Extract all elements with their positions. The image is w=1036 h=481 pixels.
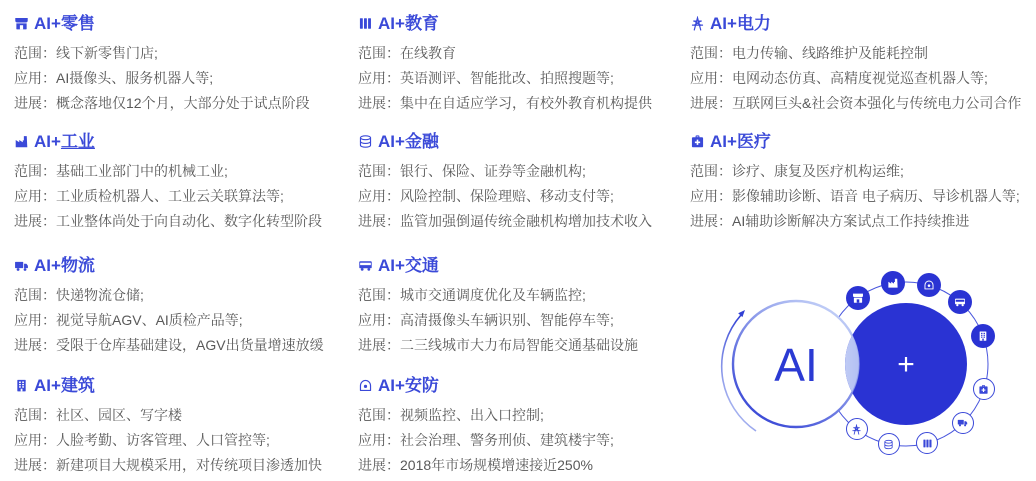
application-line: 应用：英语测评、智能批改、拍照搜题等; (358, 66, 672, 91)
progress-label: 进展： (14, 457, 56, 473)
scope-line: 范围：社区、园区、写字楼 (14, 403, 340, 428)
application-label: 应用： (358, 432, 400, 448)
application-value: 影像辅助诊断、语音 电子病历、导诊机器人等; (732, 188, 1020, 204)
scope-line: 范围：在线教育 (358, 41, 672, 66)
power-section: AI+电力 范围：电力传输、线路维护及能耗控制 应用：电网动态仿真、高精度视觉巡… (676, 0, 1036, 118)
application-line: 应用：人脸考勤、访客管理、人口管控等; (14, 428, 340, 453)
scope-label: 范围： (358, 45, 400, 61)
title-prefix: AI+ (378, 131, 405, 152)
section-title: AI+零售 (14, 13, 340, 34)
ai-industries-infographic: AI+零售 范围：线下新零售门店; 应用：AI摄像头、服务机器人等; 进展：概念… (0, 0, 1036, 481)
factory-icon (14, 134, 29, 149)
section-title: AI+物流 (14, 255, 340, 276)
application-line: 应用：视觉导航AGV、AI质检产品等; (14, 308, 340, 333)
progress-label: 进展： (358, 337, 400, 353)
progress-line: 进展：工业整体尚处于向自动化、数字化转型阶段 (14, 209, 340, 234)
title-prefix: AI+ (378, 13, 405, 34)
progress-label: 进展： (358, 457, 400, 473)
truck-badge (952, 412, 974, 434)
scope-line: 范围：基础工业部门中的机械工业; (14, 159, 340, 184)
progress-value: 二三线城市大力布局智能交通基础设施 (400, 337, 638, 353)
application-label: 应用： (690, 188, 732, 204)
title-name: 安防 (405, 375, 439, 396)
scope-value: 视频监控、出入口控制; (400, 407, 544, 423)
application-label: 应用： (14, 70, 56, 86)
scope-value: 电力传输、线路维护及能耗控制 (732, 45, 928, 61)
transmission-tower-badge (846, 418, 868, 440)
scope-label: 范围： (14, 45, 56, 61)
progress-value: 概念落地仅12个月，大部分处于试点阶段 (56, 95, 310, 111)
title-prefix: AI+ (34, 375, 61, 396)
application-value: 人脸考勤、访客管理、人口管控等; (56, 432, 270, 448)
scope-label: 范围： (690, 45, 732, 61)
scope-line: 范围：线下新零售门店; (14, 41, 340, 66)
logistics-section: AI+物流 范围：快递物流仓储; 应用：视觉导航AGV、AI质检产品等; 进展：… (0, 242, 344, 362)
title-prefix: AI+ (710, 13, 737, 34)
title-name: 电力 (737, 13, 771, 34)
title-name: 建筑 (61, 375, 95, 396)
dome-camera-badge (917, 273, 941, 297)
medical-kit-icon (690, 134, 705, 149)
application-label: 应用： (358, 188, 400, 204)
bus-badge (948, 290, 972, 314)
truck-icon (14, 258, 29, 273)
progress-value: 监管加强倒逼传统金融机构增加技术收入 (400, 213, 652, 229)
scope-value: 基础工业部门中的机械工业; (56, 163, 228, 179)
section-title: AI+金融 (358, 131, 672, 152)
ai-circle-label: AI (774, 339, 817, 391)
application-value: 高清摄像头车辆识别、智能停车等; (400, 312, 614, 328)
title-prefix: AI+ (710, 131, 737, 152)
scope-line: 范围：诊疗、康复及医疗机构运维; (690, 159, 1032, 184)
title-name[interactable]: 工业 (61, 131, 95, 152)
application-label: 应用： (14, 432, 56, 448)
application-line: 应用：高清摄像头车辆识别、智能停车等; (358, 308, 672, 333)
title-prefix: AI+ (34, 131, 61, 152)
scope-value: 快递物流仓储; (56, 287, 144, 303)
venn-scene: AI + (700, 240, 1036, 481)
progress-label: 进展： (358, 213, 400, 229)
scope-value: 诊疗、康复及医疗机构运维; (732, 163, 904, 179)
progress-line: 进展：受限于仓库基础建设，AGV出货量增速放缓 (14, 333, 340, 358)
scope-label: 范围： (358, 407, 400, 423)
progress-value: 新建项目大规模采用，对传统项目渗透加快 (56, 457, 322, 473)
retail-section: AI+零售 范围：线下新零售门店; 应用：AI摄像头、服务机器人等; 进展：概念… (0, 0, 344, 118)
application-line: 应用：AI摄像头、服务机器人等; (14, 66, 340, 91)
title-prefix: AI+ (378, 255, 405, 276)
coins-icon (358, 134, 373, 149)
medical-section: AI+医疗 范围：诊疗、康复及医疗机构运维; 应用：影像辅助诊断、语音 电子病历… (676, 118, 1036, 242)
section-title: AI+建筑 (14, 375, 340, 396)
title-name: 教育 (405, 13, 439, 34)
section-title: AI+安防 (358, 375, 672, 396)
storefront-badge (846, 286, 870, 310)
education-section: AI+教育 范围：在线教育 应用：英语测评、智能批改、拍照搜题等; 进展：集中在… (344, 0, 676, 118)
application-value: 社会治理、警务刑侦、建筑楼宇等; (400, 432, 614, 448)
scope-label: 范围： (14, 287, 56, 303)
construction-section: AI+建筑 范围：社区、园区、写字楼 应用：人脸考勤、访客管理、人口管控等; 进… (0, 362, 344, 481)
scope-label: 范围： (358, 287, 400, 303)
scope-line: 范围：视频监控、出入口控制; (358, 403, 672, 428)
books-icon (358, 16, 373, 31)
scope-value: 在线教育 (400, 45, 456, 61)
scope-value: 线下新零售门店; (56, 45, 158, 61)
progress-label: 进展： (358, 95, 400, 111)
application-label: 应用： (358, 70, 400, 86)
progress-value: 工业整体尚处于向自动化、数字化转型阶段 (56, 213, 322, 229)
title-name: 金融 (405, 131, 439, 152)
section-title: AI+医疗 (690, 131, 1032, 152)
building-icon (14, 378, 29, 393)
title-prefix: AI+ (34, 13, 61, 34)
security-section: AI+安防 范围：视频监控、出入口控制; 应用：社会治理、警务刑侦、建筑楼宇等;… (344, 362, 676, 481)
progress-value: 集中在自适应学习，有校外教育机构提供 (400, 95, 652, 111)
application-label: 应用： (14, 312, 56, 328)
coins-badge (878, 433, 900, 455)
progress-label: 进展： (14, 337, 56, 353)
title-name: 零售 (61, 13, 95, 34)
progress-line: 进展：二三线城市大力布局智能交通基础设施 (358, 333, 672, 358)
progress-value: AI辅助诊断解决方案试点工作持续推进 (732, 213, 969, 229)
progress-line: 进展：新建项目大规模采用，对传统项目渗透加快 (14, 453, 340, 478)
progress-value: 2018年市场规模增速接近250% (400, 457, 593, 473)
scope-label: 范围： (14, 163, 56, 179)
title-prefix: AI+ (34, 255, 61, 276)
bus-icon (358, 258, 373, 273)
application-value: AI摄像头、服务机器人等; (56, 70, 213, 86)
title-name: 交通 (405, 255, 439, 276)
progress-value: 受限于仓库基础建设，AGV出货量增速放缓 (56, 337, 324, 353)
ai-plus-venn-diagram: AI + (700, 240, 1036, 481)
scope-value: 银行、保险、证券等金融机构; (400, 163, 586, 179)
application-value: 电网动态仿真、高精度视觉巡查机器人等; (732, 70, 988, 86)
application-line: 应用：社会治理、警务刑侦、建筑楼宇等; (358, 428, 672, 453)
title-name: 物流 (61, 255, 95, 276)
progress-value: 互联网巨头&社会资本强化与传统电力公司合作 (732, 95, 1021, 111)
progress-label: 进展： (690, 95, 732, 111)
application-value: 视觉导航AGV、AI质检产品等; (56, 312, 243, 328)
application-line: 应用：影像辅助诊断、语音 电子病历、导诊机器人等; (690, 184, 1032, 209)
scope-label: 范围： (690, 163, 732, 179)
storefront-icon (14, 16, 29, 31)
transport-section: AI+交通 范围：城市交通调度优化及车辆监控; 应用：高清摄像头车辆识别、智能停… (344, 242, 676, 362)
application-label: 应用： (14, 188, 56, 204)
application-value: 英语测评、智能批改、拍照搜题等; (400, 70, 614, 86)
progress-line: 进展：互联网巨头&社会资本强化与传统电力公司合作 (690, 91, 1032, 116)
scope-line: 范围：快递物流仓储; (14, 283, 340, 308)
plus-circle-label: + (897, 348, 915, 381)
application-label: 应用： (690, 70, 732, 86)
progress-line: 进展：概念落地仅12个月，大部分处于试点阶段 (14, 91, 340, 116)
scope-line: 范围：银行、保险、证券等金融机构; (358, 159, 672, 184)
section-title: AI+工业 (14, 131, 340, 152)
progress-line: 进展：监管加强倒逼传统金融机构增加技术收入 (358, 209, 672, 234)
application-value: 工业质检机器人、工业云关联算法等; (56, 188, 284, 204)
progress-label: 进展： (14, 95, 56, 111)
application-line: 应用：工业质检机器人、工业云关联算法等; (14, 184, 340, 209)
scope-label: 范围： (14, 407, 56, 423)
industry-section: AI+工业 范围：基础工业部门中的机械工业; 应用：工业质检机器人、工业云关联算… (0, 118, 344, 242)
building-badge (971, 324, 995, 348)
application-line: 应用：电网动态仿真、高精度视觉巡查机器人等; (690, 66, 1032, 91)
scope-label: 范围： (358, 163, 400, 179)
scope-line: 范围：城市交通调度优化及车辆监控; (358, 283, 672, 308)
progress-label: 进展： (690, 213, 732, 229)
dome-camera-icon (358, 378, 373, 393)
scope-value: 城市交通调度优化及车辆监控; (400, 287, 586, 303)
progress-line: 进展：2018年市场规模增速接近250% (358, 453, 672, 478)
title-name: 医疗 (737, 131, 771, 152)
scope-value: 社区、园区、写字楼 (56, 407, 182, 423)
application-value: 风险控制、保险理赔、移动支付等; (400, 188, 614, 204)
title-prefix: AI+ (378, 375, 405, 396)
progress-line: 进展：AI辅助诊断解决方案试点工作持续推进 (690, 209, 1032, 234)
transmission-tower-icon (690, 16, 705, 31)
section-title: AI+教育 (358, 13, 672, 34)
application-label: 应用： (358, 312, 400, 328)
progress-line: 进展：集中在自适应学习，有校外教育机构提供 (358, 91, 672, 116)
progress-label: 进展： (14, 213, 56, 229)
section-title: AI+交通 (358, 255, 672, 276)
scope-line: 范围：电力传输、线路维护及能耗控制 (690, 41, 1032, 66)
application-line: 应用：风险控制、保险理赔、移动支付等; (358, 184, 672, 209)
finance-section: AI+金融 范围：银行、保险、证券等金融机构; 应用：风险控制、保险理赔、移动支… (344, 118, 676, 242)
factory-badge (881, 271, 905, 295)
section-title: AI+电力 (690, 13, 1032, 34)
